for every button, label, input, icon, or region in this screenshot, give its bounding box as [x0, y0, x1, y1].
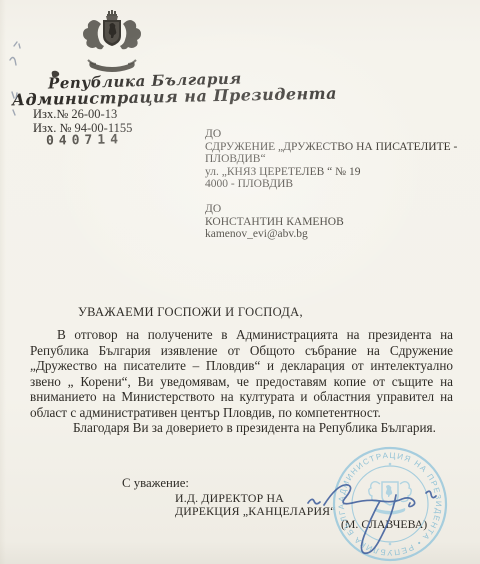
recipient-organization-block: ДО СДРУЖЕНИЕ „ДРУЖЕСТВО НА ПИСАТЕЛИТЕ - …: [205, 128, 457, 191]
scanned-letter-page: Република България Администрация на През…: [0, 0, 480, 564]
recipient-line: ПЛОВДИВ“: [205, 153, 457, 166]
recipient-email: kamenov_evi@abv.bg: [205, 228, 344, 241]
recipient-line: ул. „КНЯЗ ЦЕРЕТЕЛЕВ “ № 19: [205, 166, 457, 179]
bulgarian-coat-of-arms-icon: [76, 10, 148, 76]
letter-body: В отговор на получените в Администрацият…: [30, 327, 453, 436]
ink-speck: [51, 70, 60, 78]
recipient-line: ДО: [205, 203, 344, 216]
body-paragraph-1: В отговор на получените в Администрацият…: [30, 327, 453, 420]
stamped-registration-number: 040714: [46, 132, 123, 148]
recipient-line: ДО: [205, 128, 457, 141]
handwritten-signature-icon: [290, 455, 475, 560]
recipient-line: СДРУЖЕНИЕ „ДРУЖЕСТВО НА ПИСАТЕЛИТЕ -: [205, 141, 457, 154]
recipient-line: 4000 - ПЛОВДИВ: [205, 178, 457, 191]
closing-regards: С уважение:: [122, 476, 189, 491]
body-paragraph-2: Благодаря Ви за доверието в президента н…: [30, 420, 453, 436]
recipient-person-block: ДО КОНСТАНТИН КАМЕНОВ kamenov_evi@abv.bg: [205, 203, 344, 241]
margin-pen-marks: [2, 38, 62, 128]
recipient-line: КОНСТАНТИН КАМЕНОВ: [205, 216, 344, 229]
salutation: УВАЖАЕМИ ГОСПОЖИ И ГОСПОДА,: [78, 305, 303, 320]
